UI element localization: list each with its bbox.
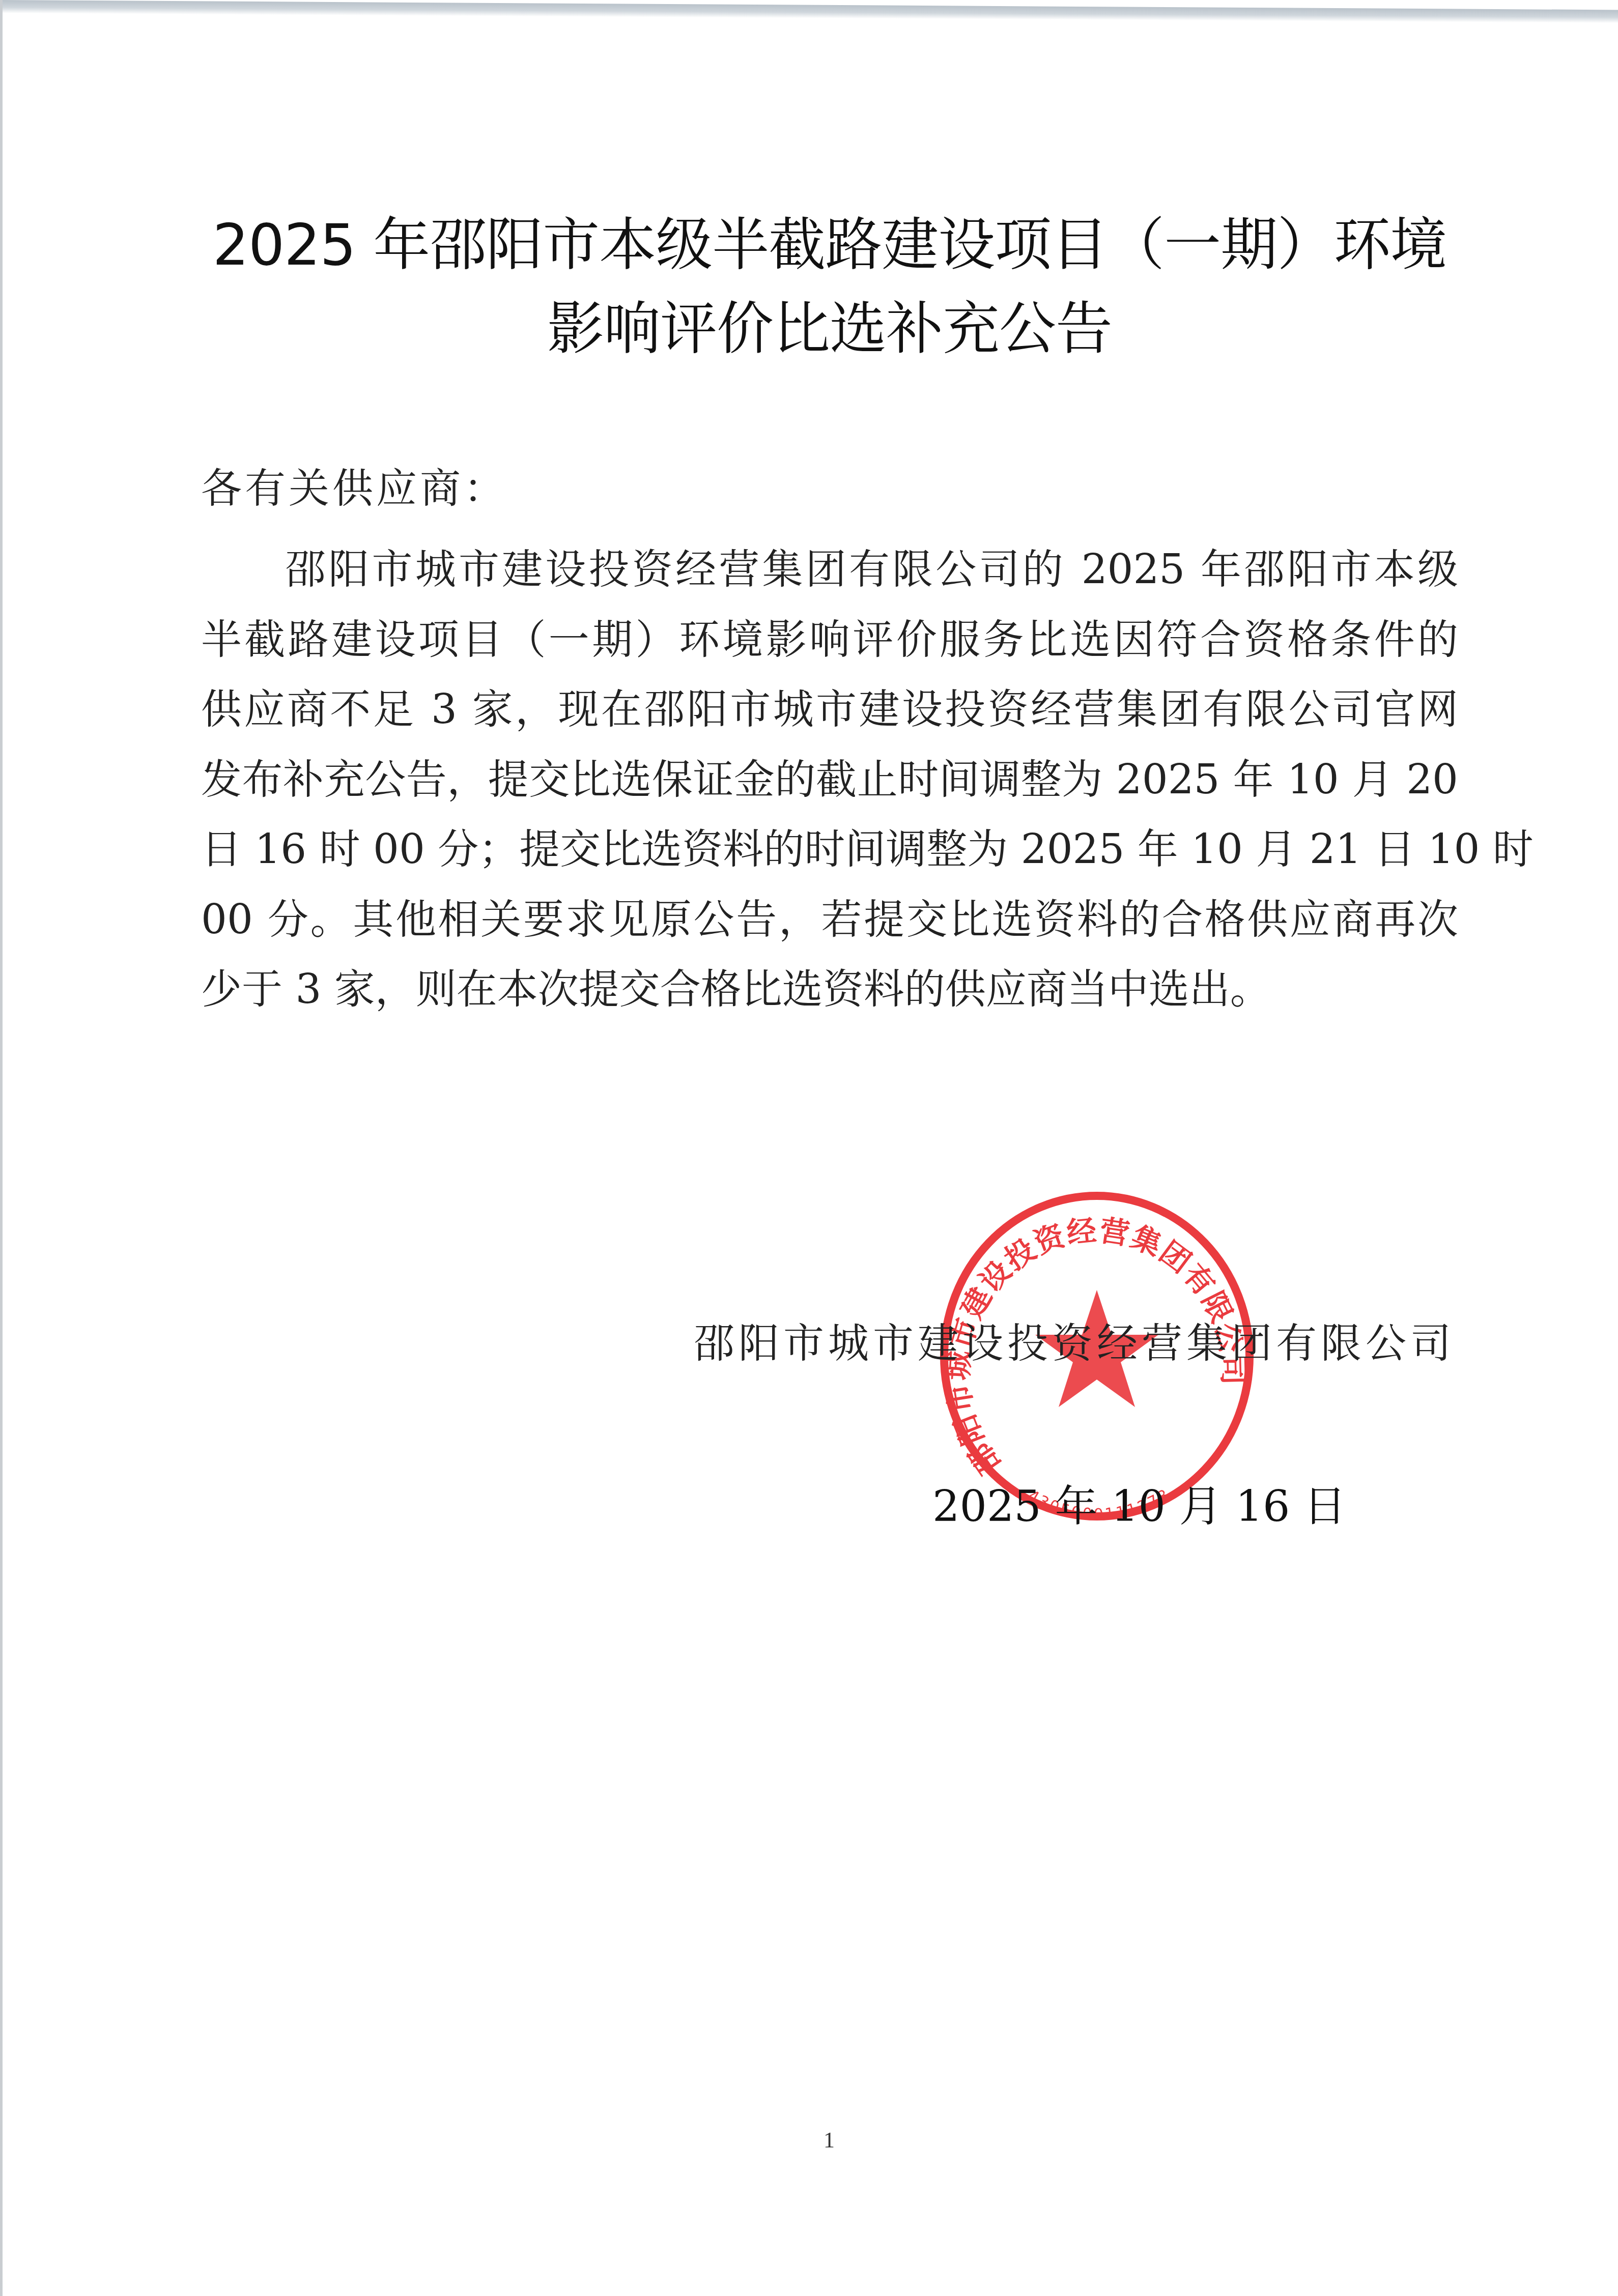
body-line: 半截路建设项目（一期）环境影响评价服务比选因符合资格条件的 — [201, 605, 1458, 675]
signature-company: 邵阳市城市建设投资经营集团有限公司 — [694, 1315, 1455, 1371]
salutation: 各有关供应商： — [201, 461, 507, 516]
body-line: 少于 3 家，则在本次提交合格比选资料的供应商当中选出。 — [201, 954, 1458, 1024]
body-line: 供应商不足 3 家，现在邵阳市城市建设投资经营集团有限公司官网 — [201, 674, 1458, 744]
body-line: 日 16 时 00 分；提交比选资料的时间调整为 2025 年 10 月 21 … — [201, 814, 1458, 884]
body-line: 00 分。其他相关要求见原公告，若提交比选资料的合格供应商再次 — [201, 884, 1458, 955]
scan-left-edge — [0, 0, 3, 2296]
document-date: 2025 年 10 月 16 日 — [932, 1478, 1346, 1534]
body-line: 邵阳市城市建设投资经营集团有限公司的 2025 年邵阳市本级 — [201, 534, 1458, 605]
body-paragraph: 邵阳市城市建设投资经营集团有限公司的 2025 年邵阳市本级 半截路建设项目（一… — [201, 534, 1458, 1024]
page-number: 1 — [824, 2127, 835, 2153]
body-line: 发布补充公告，提交比选保证金的截止时间调整为 2025 年 10 月 20 — [201, 744, 1458, 815]
scan-top-edge — [0, 0, 1618, 23]
title-line-1: 2025 年邵阳市本级半截路建设项目（一期）环境 — [193, 204, 1466, 288]
document-title: 2025 年邵阳市本级半截路建设项目（一期）环境 影响评价比选补充公告 — [193, 204, 1466, 371]
title-line-2: 影响评价比选补充公告 — [193, 288, 1466, 371]
